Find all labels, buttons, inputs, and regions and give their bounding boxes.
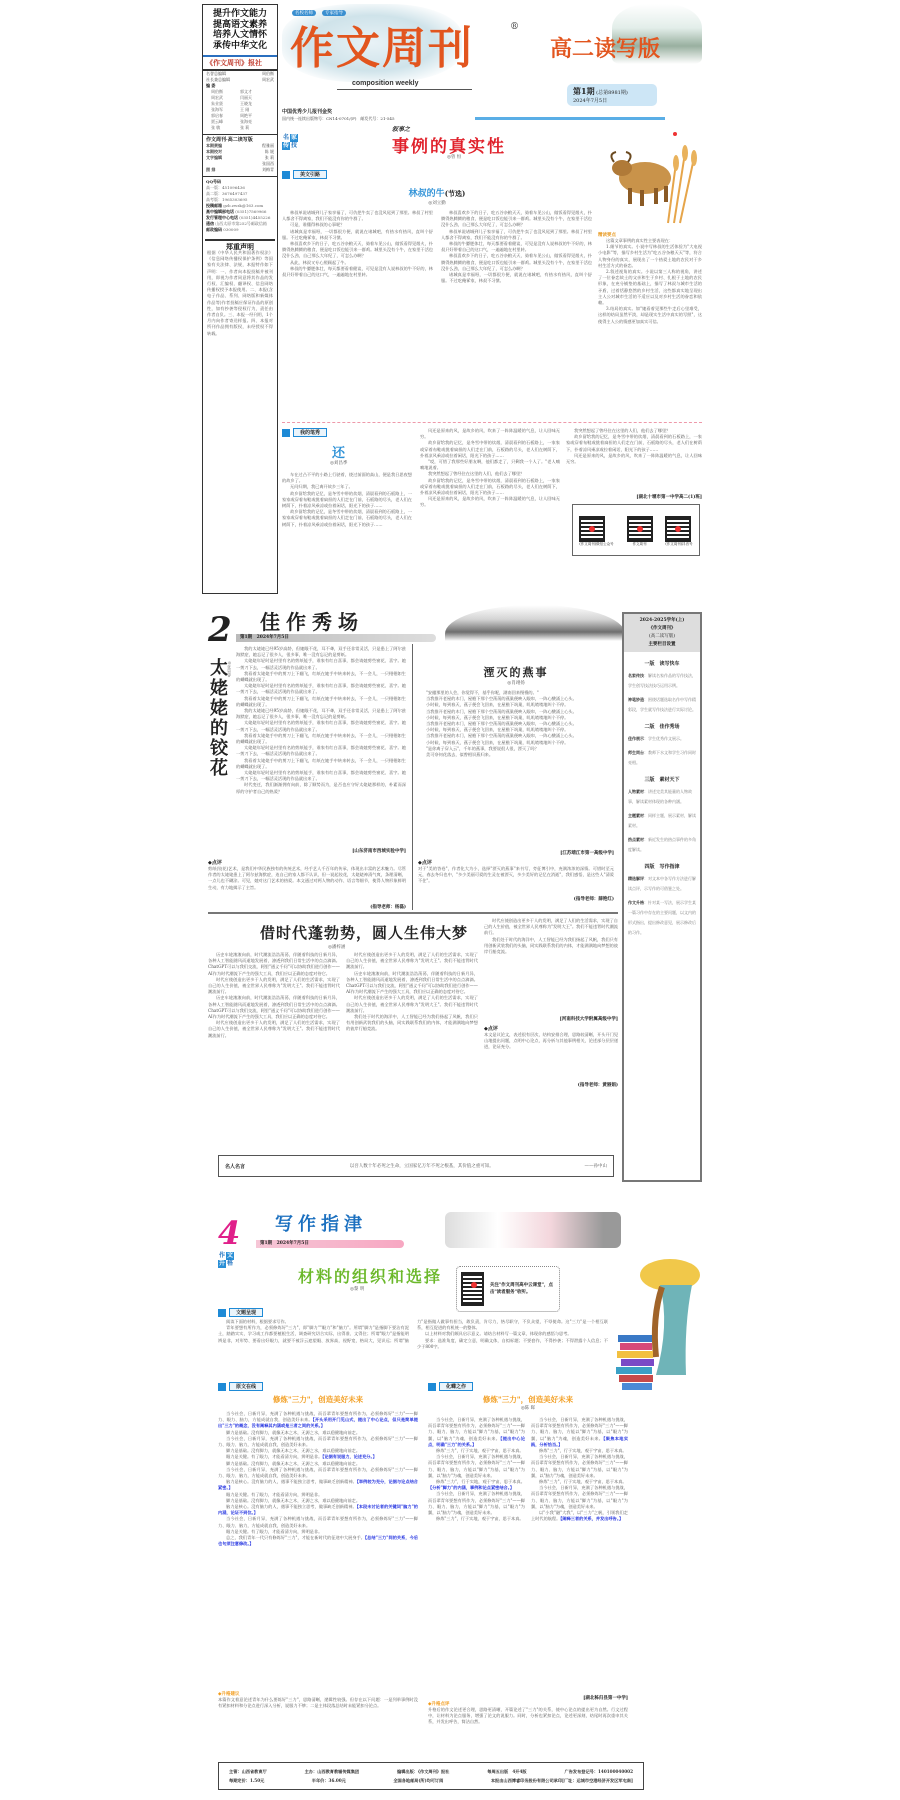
- issue-number: 第1期: [573, 86, 595, 96]
- square-icon: [218, 1309, 226, 1317]
- paragraph: 当今社会，日新月异，充满了各种机遇与挑战，而吾辈青年要想有所作为，必须修炼好"三…: [428, 1491, 525, 1516]
- qr-promo: 关注"作文周刊高中云课堂"，点击"读者服务"收听。: [456, 1266, 560, 1312]
- paragraph: 林叔喜欢乡下的日子，吃五谷杂粮天天，骑着车见公山，做饭看得见烟火，扑腾得热腾腾的…: [441, 253, 592, 272]
- author: ◎刘昌季: [330, 460, 347, 466]
- paragraph: 风还是原来的风，是故乡的风，吹来了一阵阵温暖的气息，让人回味无穷。: [420, 428, 560, 440]
- paragraph: 太姥姥年轻时是村里有名的剪纸能手，谁家有红白喜事，都会请她剪些窗花、喜字。她一剪…: [236, 745, 406, 757]
- slogans: 提升作文能力 提高语文素养 培养人文情怀 承传中华文化: [203, 5, 277, 57]
- essay-body: "安徽那里的人会，你觉得不，基乎你呢，湖南回来慢慢的。" 当我推开老屋的木门，屋…: [418, 690, 614, 850]
- article-1: 名家传技 叙事之 事例的真实性 ◎曾 恒 美文引路 林叔的牛(节选) ◎刘立勤 …: [282, 124, 592, 460]
- school: [河南科技大学附属高级中学]: [484, 1016, 618, 1022]
- column-item-title: 热点素材: [628, 837, 644, 842]
- column-item: 名家传技：解读名家作品的写作技法，学生创写技法技巧运用示例。: [624, 671, 700, 691]
- section-tag: 文题呈现: [218, 1308, 608, 1317]
- paragraph: 时代应使创造出更多于人的发明，满足了人们的生活需求，实现了自己的人生价值，被全世…: [208, 1020, 340, 1039]
- paragraph: 林叔单说诸城到儿子家享福了，可仇把牛卖了也没风尾到了那里。林叔了村里人都舍不得离…: [282, 210, 433, 222]
- section-badge: 名家传技: [282, 134, 298, 150]
- footer-line-2: 每期定价：1.50元 半年价：36.00元 全国各地邮局(所)均可订阅 本报由山…: [229, 1776, 633, 1785]
- page-title: 佳作秀场: [260, 606, 364, 635]
- paragraph: 当今社会，日新月异，充满了各种机遇与挑战，而吾辈青年要想有所作为，必须修炼好"三…: [531, 1485, 628, 1510]
- sidebar-brand: 《作文周刊》报社: [203, 57, 277, 71]
- section-badge: 作文升格: [218, 1252, 234, 1268]
- qr-text: 关注"作文周刊高中云课堂"，点击"读者服务"收听。: [490, 1282, 555, 1296]
- essay-title: 借时代蓬勃势，圆人生伟大梦: [260, 922, 468, 943]
- subtitle-note: (节选): [445, 189, 466, 198]
- subtitle-text: 林叔的牛: [409, 189, 445, 199]
- paragraph: 1.细节的真实。小说中写林叔的生活体验为"大电视小电影"等，描写乡村生活为"吃五…: [598, 244, 702, 269]
- divider: [475, 117, 665, 120]
- paragraph: 时代应使创造出更多于人的发明，满足了人们的生活需求，实现了自己的人生价值，被全世…: [208, 977, 340, 996]
- issue-date: 2024年7月5日: [573, 98, 607, 104]
- paragraph: 风还是原来的风，是故乡的风，吹来了一阵阵温暖的气息，让人回味无穷。: [420, 496, 560, 508]
- column-section-title: 三版 素材天下: [624, 776, 700, 783]
- edition-name: (高二读写版): [624, 633, 700, 641]
- column-item-title: 佳作展示: [628, 736, 644, 741]
- ox-illustration: [590, 128, 700, 228]
- column-item-title: 名家传技: [628, 673, 644, 678]
- paragraph: 要求：选准角度，确定立意，明确文体，自拟标题；不要套作，不得抄袭；不得泄露个人信…: [417, 1338, 608, 1350]
- footer-item: 主管：山西省教育厅: [229, 1767, 267, 1776]
- column-settings: 2024-2025学年(上) 《作文周刊》 (高二读写版) 主要栏目设置 一版 …: [622, 612, 702, 1182]
- badge-char: 家: [290, 134, 298, 142]
- school: [湖北十堰市第一中学高二(1)班]: [566, 494, 702, 500]
- sub-author: ◎刘立勤: [282, 200, 592, 206]
- notice-text: 根据《中华人民共和国著作权法》《信息网络传播权保护条例》等国家有关法律、法规，本…: [205, 250, 275, 500]
- tip-text: 升格后的作文论述更合理，思路更清晰，开篇论述了"三力"的关系，使中心论点的提出更…: [428, 1707, 628, 1761]
- section-label: 化蝶之作: [439, 1382, 473, 1391]
- article-2: 我的笔秀 还 ◎刘昌季 车在过凸不平的小路上行驶着，绕过前面的高山，便是我日思夜…: [282, 428, 702, 437]
- square-icon: [218, 1383, 226, 1391]
- quote-label: 名人名言: [225, 1163, 259, 1170]
- boat-plum-illustration: [445, 1212, 621, 1248]
- author: ◎肖翊扬: [418, 680, 614, 686]
- paragraph: 脑力是核心。没有脑力的人，遇事不能独立思考，做事缺乏创新精神。: [226, 1504, 357, 1509]
- slogan-line: 承传中华文化: [205, 41, 275, 52]
- column-item-title: 师生同台: [628, 750, 644, 755]
- qr-code-icon[interactable]: [461, 1272, 484, 1306]
- masthead-sidebar: 提升作文能力 提高语文素养 培养人文情怀 承传中华文化 《作文周刊》报社 名誉总…: [202, 4, 278, 594]
- column-item-title: 主题素材: [628, 813, 644, 818]
- footer-item: 每期定价：1.50元: [229, 1776, 264, 1785]
- teacher: (指导老师：黄丽娟): [484, 1082, 618, 1088]
- school: [江苏靖江市第一高级中学]: [418, 850, 614, 856]
- column-item: 师生同台：教师下水文和学生习作同时亮相。: [624, 748, 700, 768]
- paragraph: 风还是原来的风，是故乡的风，吹来了一阵阵温暖的气息，让人回味无穷。: [566, 453, 702, 465]
- tip-text: 本篇作文着意论述青年为什么要练好"三力"，思路清晰，逻辑性较强。但存在以下问题：…: [218, 1697, 418, 1759]
- paragraph: 故乡留给我的记忆，是冬雪中带的炊烟，清晨看到的石板路上，一家家或穿着布鞋或挑着扁…: [566, 434, 702, 453]
- contact-label: 发行管理中心电话: [206, 215, 238, 220]
- badge-char: 作: [218, 1252, 226, 1260]
- staff-role: 文字编辑: [206, 155, 222, 161]
- page-number: 2: [208, 610, 232, 650]
- paragraph: 太姥姥年轻时是村里有名的剪纸能手，谁家有红白喜事，都会请她剪些窗花、喜字。她一剪…: [236, 720, 406, 732]
- paragraph: 诸城真是幸福呀，一切都很方便，就说在诸城吧，有热水有热风，直叫个舒服。不过吃俺爹…: [441, 272, 592, 284]
- comment-text: 对于"美的答卷"，作者化大为小，选择"湮灭的燕事"来书写，旁征博引中，充满浓浓的…: [418, 866, 614, 896]
- paragraph: 历史车轮滚滚向前，时代潮流浩浩荡荡，伴随着科技的日新月异，各种人工智能随风而逝地…: [346, 971, 478, 996]
- ink-mountain-illustration: [445, 605, 625, 641]
- subtitle: 林叔的牛(节选): [282, 181, 592, 200]
- annotation: 【分析"脚力"的内涵，事例和论点紧密结合。】: [428, 1485, 514, 1490]
- contact-label: QQ号码: [206, 179, 221, 184]
- author: ◎黎 明: [350, 1286, 364, 1292]
- legal-notice: 郑重声明 根据《中华人民共和国著作权法》《信息网络传播权保护条例》等国家有关法律…: [205, 239, 275, 500]
- page-4: 4 写作指津 第1期 2024年7月5日 作文升格 材料的组织和选择 ◎黎 明 …: [200, 1200, 705, 1800]
- contact-value: 高二版：3676497437: [206, 191, 247, 196]
- badge-char: 升: [218, 1260, 226, 1268]
- article-body-col2: 风还是原来的风，是故乡的风，吹来了一阵阵温暖的气息，让人回味无穷。 故乡留给我的…: [420, 428, 560, 590]
- badge-char: 技: [290, 142, 298, 150]
- qr-label: (作文周刊)微信公众号: [579, 542, 613, 547]
- qr-code-icon[interactable]: [665, 516, 691, 542]
- annotation: 【论据有说服力，论述充分。】: [322, 1454, 376, 1459]
- section-tag: 原文在线: [218, 1382, 418, 1391]
- essay-title: 修炼"三力"，创造美好未来: [428, 1394, 628, 1405]
- comment-1: ◆点评 剪纸(铰花)艺术，是我们中华民族独有的传统艺术，经手艺人千百年的传承，体…: [208, 856, 406, 910]
- column-sections: 一版 读写快车名家传技：解读名家作品的写作技法，学生创写技法技巧运用示例。神笔妙…: [624, 660, 700, 938]
- paragraph: 林叔喜欢乡下的日子，吃五谷杂粮天天，骑着车见公山，做饭看得见烟火，扑腾得热腾腾的…: [282, 241, 433, 260]
- edition-name: 高二读写版: [550, 32, 660, 63]
- paragraph: 修炼"三力"，行于实地，观于宇宙，思于本真。: [428, 1516, 525, 1522]
- paragraph: 当今社会，日新月异，充满了各种机遇与挑战，而吾辈青年要想有所作为，必须修炼好"三…: [428, 1454, 525, 1479]
- author: ◎潘梓涵: [328, 944, 345, 950]
- section-tag: 美文引路: [282, 170, 592, 179]
- paragraph: 太姥姥年轻时是村里有名的剪纸能手，谁家有红白喜事，都会请她剪些窗花、喜字。她一剪…: [236, 658, 406, 670]
- divider: [337, 89, 472, 90]
- paragraph: 总之，我们青年一代只有修炼好"三力"，才能在新时代的征途中大展身手。: [226, 1535, 365, 1540]
- edition-staff: 本期责编程雅丽本期校对陈 媛文字编辑张 莉张国西照 排刘梅青: [203, 143, 277, 173]
- paragraph: 太姥姥年轻时是村里有名的剪纸能手，谁家有红白喜事，都会请她剪些窗花、喜字。她一剪…: [236, 770, 406, 782]
- contact-value: 山西太原市第252号邮政信箱: [215, 221, 267, 226]
- column-item: 精选解评：对文本中各写作方法进行解读点评，示写作的可借鉴之处。: [624, 874, 700, 894]
- editor-name: 张 敏: [211, 125, 240, 131]
- contact-label: 邮政编码: [206, 227, 222, 232]
- edition-label: 作文周刊·高二读写版: [203, 134, 277, 143]
- paragraph: 历史车轮滚滚向前，时代潮流浩浩荡荡，伴随着科技的日新月异，各种人工智能随风而逝地…: [208, 995, 340, 1020]
- column-item: 主题素材：同样主题，展示素材，解读素材。: [624, 811, 700, 831]
- paragraph: 林叔喜欢乡下的日子，吃五谷杂粮天天，骑着车见公山，做饭看得见烟火，扑腾得热腾腾的…: [441, 210, 592, 229]
- contact-value: 高考版：1965303695: [206, 197, 247, 202]
- contact-value: (0351)7569966: [235, 209, 266, 214]
- paragraph: 我们处于时代的海洋中，人工智能已经为我们扬起了风帆，我们只有用创新武装我们的头脑…: [346, 1014, 478, 1033]
- footer-item: 每周五出版 4开4版: [487, 1767, 526, 1776]
- contact-label: 高中编辑部电话: [206, 209, 234, 214]
- column-divider: [412, 644, 413, 910]
- girl-reading-illustration: [610, 1255, 700, 1400]
- commentary-body: 这篇文章事例的真实性主要表现在： 1.细节的真实。小说中写林叔的生活体验为"大电…: [598, 238, 702, 378]
- contact-label: 通信: [206, 221, 214, 226]
- qr-code-box: (作文周刊)微信公众号 作文周刊 (作文周刊)抖音号: [572, 504, 700, 556]
- qr-label: 作文周刊: [627, 542, 653, 547]
- page-number: 4: [218, 1214, 240, 1252]
- badge-char: 传: [282, 142, 290, 150]
- paragraph: 诸城真是幸福呀，一切都很方便，就说在诸城吧，有热水有热风，直叫个舒服。不过吃俺爹…: [282, 229, 433, 241]
- paragraph: "哎，可惜了我那些好朋友啊，他们都走了，只剩我一个人了。"老人喃喃地说着。: [420, 459, 560, 471]
- famous-quote: 名人名言 以吾人数十年必死之生命，立国家亿万年不死之根基，其价值之重可知。 ——…: [218, 1155, 614, 1177]
- paragraph: 车在过凸不平的小路上行驶着，绕过前面的高山，便是我日思夜想的故乡了。: [282, 472, 412, 484]
- paragraph: 脑力是核心。没有脑力的人，遇事不能独立思考，做事缺乏创新精神。: [226, 1479, 357, 1484]
- settings-heading: 主要栏目设置: [624, 641, 700, 649]
- article-title: 还: [332, 442, 345, 461]
- commentary: 精读要点 这篇文章事例的真实性主要表现在： 1.细节的真实。小说中写林叔的生活体…: [598, 232, 702, 378]
- column-item: 热点素材：新近发生的热点事件的多角度解读。: [624, 835, 700, 855]
- edition-staff-row: 照 排刘梅青: [203, 167, 277, 173]
- footer-item: 编辑出版：《作文周刊》报社: [397, 1767, 449, 1776]
- column-item-desc: ：针对某一写法，展示学生某一篇习作中存在的主要问题，以文内的形式指出，提出修改意…: [628, 900, 696, 935]
- author: ◎张昊睿: [226, 660, 232, 677]
- paragraph: 当今社会，日新月异，充满了各种机遇与挑战，而吾辈青年要想有所作为，必须修炼好"三…: [531, 1454, 628, 1479]
- footer-item: 广告发布登记号：140100040002: [565, 1767, 633, 1776]
- editors-list: 周伯衡郭文才周宏武闫丽天朱业贤王晓龙张海军王 刚郭启春周艳平贾云峰张海亮张 敏张…: [203, 89, 277, 131]
- staff-name: 周宏武: [262, 77, 274, 83]
- page-2: 2 佳作秀场 第1期 2024年7月5日 太姥姥的铰花 ◎张昊睿 我的太姥姥已经…: [200, 600, 705, 1190]
- divider: [208, 912, 618, 914]
- contacts: QQ号码 高一版：451096436 高二版：3676497437 高考版：19…: [203, 176, 277, 233]
- essay-body-col2: 时代应使创造出更多于人的发明，满足了人们的生活需求，实现了自己的人生价值，被全世…: [346, 952, 478, 1142]
- paragraph: 我们处于时代的海洋中，人工智能已经为我们扬起了风帆，我们只有用创新武装我们的头脑…: [484, 937, 618, 956]
- paragraph: 我的太姥姥已经95岁高龄，但她眼不花，耳不聋，双手还非常灵活，只是患上了阿尔兹海…: [236, 708, 406, 720]
- issue-bar: 第1期 2024年7月5日: [256, 1240, 404, 1248]
- quote-text: 以吾人数十年必死之生命，立国家亿万年不死之根基，其价值之重可知。: [267, 1163, 577, 1169]
- paragraph: 林叔单说诸城到儿子家享福了，可仇把牛卖了也没风尾到了那里。林叔了村里人都舍不得离…: [441, 229, 592, 241]
- qr-item: (作文周刊)抖音号: [665, 516, 692, 547]
- newspaper-subtitle: composition weekly: [352, 80, 419, 87]
- issue-box: 第1期 (总第8981期) 2024年7月5日: [567, 84, 657, 106]
- column-item: 人物素材：讲述完美其能量的人物故事，解读素材体现的各种内涵。: [624, 787, 700, 807]
- paper-name: 《作文周刊》: [624, 625, 700, 633]
- paragraph: 太姥姥年轻时是村里有名的剪纸能手，谁家有红白喜事，都会请她剪些窗花、喜字。她一剪…: [236, 683, 406, 695]
- column-settings-header: 2024-2025学年(上) 《作文周刊》 (高二读写版) 主要栏目设置: [624, 614, 700, 652]
- footer-item: 全国各地邮局(所)均可订阅: [393, 1776, 443, 1785]
- registered-mark: ®: [510, 22, 519, 32]
- author: ◎陈 晖: [428, 1405, 628, 1411]
- column-section-title: 四版 写作指津: [624, 863, 700, 870]
- essay-body: 我的太姥姥已经95岁高龄，但她眼不花，耳不聋，双手还非常灵活，只是患上了阿尔兹海…: [236, 646, 406, 846]
- square-icon: [282, 171, 290, 179]
- article-title: 材料的组织和选择: [298, 1264, 442, 1287]
- paragraph: 2.叙述视角的真实。小说以第三人称的视角，讲述了一位眷恋故土的父亲和生于乡村、扎…: [598, 269, 702, 306]
- annotation: 【阐释三者的关系，并发出呼告。】: [560, 1516, 623, 1521]
- qr-item: (作文周刊)微信公众号: [579, 516, 613, 547]
- paragraph: 时代应使创造出更多于人的发明，满足了人们的生活需求，实现了自己的人生价值，被全世…: [346, 995, 478, 1014]
- section-label: 美文引路: [293, 170, 327, 179]
- comment-label: ◆点评: [418, 859, 614, 866]
- essay-body: 当今社会，日新月异，充满了各种机遇与挑战，而吾辈青年要想有所作为，必须修炼好"三…: [218, 1411, 418, 1691]
- paragraph: 时代应使创造出更多于人的发明，满足了人们的生活需求，实现了自己的人生价值，被全世…: [346, 952, 478, 971]
- page-title: 写作指津: [275, 1210, 367, 1236]
- column-item: 神笔妙造：围绕话题选取名作中写作精彩段，学生就写作技法进行实际讨论。: [624, 695, 700, 715]
- paragraph: 林叔的牛膘肥体壮，每天都要看着健谈，可见是没有人说林叔的牛不好的，林叔只好带着自…: [282, 266, 433, 278]
- footer-line-1: 主管：山西省教育厅 主办：山西教育教辅传媒集团 编辑出版：《作文周刊》报社 每周…: [229, 1767, 633, 1776]
- essay-body-col3: 时代应使创造出更多于人的发明，满足了人们的生活需求，实现了自己的人生价值，被全世…: [484, 918, 618, 1088]
- school-year: 2024-2025学年(上): [624, 617, 700, 625]
- prompt-section: 文题呈现 阅读下面的材料，根据要求写作。 青年要想有所作为，必须修炼好"三力"，…: [218, 1308, 608, 1371]
- badge-char: 文: [226, 1252, 234, 1260]
- section-tag: 化蝶之作: [428, 1382, 628, 1391]
- staff-role: 照 排: [206, 167, 215, 173]
- essay-title: 湮灭的燕事: [418, 664, 614, 680]
- contact-item: 邮政编码 030009: [203, 227, 277, 233]
- column-item: 佳作展示：学生优秀作文展示。: [624, 734, 700, 744]
- contact-value: 030009: [223, 227, 238, 232]
- column-item-title: 作文升格: [628, 900, 644, 905]
- column-item-title: 精选解评: [628, 876, 644, 881]
- paragraph: 我看着太姥姥手中的剪刀上下翻飞，红纸在她手中转来转去，不一会儿，一只栩栩如生的蝴…: [236, 696, 406, 708]
- article-body-col1: 车在过凸不平的小路上行驶着，绕过前面的高山，便是我日思夜想的故乡了。 无问归期，…: [282, 472, 412, 590]
- column-item-title: 人物素材: [628, 789, 644, 794]
- column-section-title: 一版 读写快车: [624, 660, 700, 667]
- original-essay: 原文在线 修炼"三力"，创造美好未来 当今社会，日新月异，充满了各种机遇与挑战，…: [218, 1382, 418, 1759]
- column-item-title: 神笔妙造: [628, 697, 644, 702]
- qr-code-icon[interactable]: [579, 516, 605, 542]
- newspaper-title: 作文周刊: [290, 12, 474, 76]
- section-label: 原文在线: [229, 1382, 263, 1391]
- paragraph: 我的太姥姥已经95岁高龄，但她眼不花，耳不聋，双手还非常灵活，只是患上了阿尔兹海…: [236, 646, 406, 658]
- paragraph: 故乡留给我的记忆，是冬雪中带的炊烟，清晨看到的石板路上，一家家或穿着布鞋或挑着扁…: [282, 491, 412, 510]
- column-item: 作文升格：针对某一写法，展示学生某一篇习作中存在的主要问题，以文内的形式指出，提…: [624, 898, 700, 938]
- square-icon: [282, 429, 290, 437]
- contact-label: 投稿邮箱: [206, 203, 222, 208]
- qr-item: 作文周刊: [627, 516, 653, 547]
- footer-item: 半年价：36.00元: [312, 1776, 346, 1785]
- column-item-desc: ：学生优秀作文展示。: [644, 736, 684, 741]
- square-icon: [428, 1383, 436, 1391]
- editor-name: 张 莉: [240, 125, 269, 131]
- school: [山东济南市西城实验中学]: [236, 848, 406, 854]
- paragraph: 时代应使创造出更多于人的发明，满足了人们的生活需求，实现了自己的人生价值，被全世…: [484, 918, 618, 937]
- paragraph: 历史车轮滚滚向前，时代潮流浩浩荡荡，伴随着科技的日新月异，各种人工智能随风而逝地…: [208, 952, 340, 977]
- comment-text: 剪纸(铰花)艺术，是我们中华民族独有的传统艺术，经手艺人千百年的传承，体现出丰富…: [208, 866, 406, 904]
- slogan-line: 提升作文能力: [205, 9, 275, 20]
- paragraph: 当今社会，日新月异，充满了各种机遇与挑战，而吾辈青年要想有所作为，必须修炼好"三…: [218, 1436, 418, 1448]
- column-section-title: 二版 佳作秀场: [624, 723, 700, 730]
- paragraph: 我看着太姥姥手中的剪刀上下翻飞，红纸在她手中转来转去，不一会儿，一只栩栩如生的蝴…: [236, 733, 406, 745]
- comment-text: 本文是议论文，表述很有层次，结构安排合理，思路较清晰，开头开门见山地提出问题，点…: [484, 1032, 618, 1082]
- divider: [282, 422, 702, 423]
- essay-body-col3-text: 时代应使创造出更多于人的发明，满足了人们的生活需求，实现了自己的人生价值，被全世…: [484, 918, 618, 1016]
- essay-body: 当今社会，日新月异，充满了各种机遇与挑战，而吾辈青年要想有所作为，必须修炼好"三…: [428, 1417, 628, 1695]
- footer-item: 本报由山西博睿印务股份有限公司承印[厂址：运城市空港经济开发区军屯南]: [491, 1776, 633, 1785]
- revised-essay: 化蝶之作 修炼"三力"，创造美好未来 ◎陈 晖 当今社会，日新月异，充满了各种机…: [428, 1382, 628, 1761]
- paragraph: 美可奈何花落去，似曾相识燕归来。: [418, 752, 614, 758]
- essay-2: 湮灭的燕事 ◎肖翊扬 "安徽那里的人会，你觉得不，基乎你呢，湖南回来慢慢的。" …: [418, 646, 614, 902]
- section-label: 文题呈现: [229, 1308, 263, 1317]
- paragraph: 时代变迁，我们渐渐拥有向前，除了顺势而为，是否也应守好太姥姥那样的，朴素而深厚的…: [236, 782, 406, 794]
- paragraph: 故乡留给我的记忆，是冬雪中带的炊烟，清晨看到的石板路上，一家家或穿着布鞋或挑着扁…: [420, 440, 560, 459]
- teacher: (指导老师：杨磊): [208, 904, 406, 910]
- author: ◎曾 恒: [447, 154, 461, 160]
- comment-label: ◆点评: [208, 859, 406, 866]
- paragraph: 故乡留给我的记忆，是冬雪中带的炊烟，清晨看到的石板路上，一家家或穿着布鞋或挑着扁…: [420, 478, 560, 497]
- qr-label: (作文周刊)抖音号: [665, 542, 692, 547]
- essay-body-col1: 历史车轮滚滚向前，时代潮流浩浩荡荡，伴随着科技的日新月异，各种人工智能随风而逝地…: [208, 952, 340, 1142]
- quote-source: ——孙中山: [585, 1163, 608, 1169]
- comment-label: ◆点评: [484, 1025, 618, 1032]
- paragraph: 3.结局的真实。如"她看着见那些牛走后心里难受，这样的结局虽然平淡，却是现实生活…: [598, 306, 702, 325]
- paragraph: 我看着太姥姥手中的剪刀上下翻飞，红纸在她手中转来转去，不一会儿，一只栩栩如生的蝴…: [236, 671, 406, 683]
- badge-char: 格: [226, 1260, 234, 1268]
- contact-value: 高一版：451096436: [206, 185, 245, 190]
- paragraph: 修炼"三力"，行于实地，观于宇宙，思于本真。: [436, 1479, 525, 1484]
- paragraph: 我看着太姥姥手中的剪刀上下翻飞，红纸在她手中转来转去，不一会儿，一只栩栩如生的蝴…: [236, 758, 406, 770]
- slogan-line: 培养人文情怀: [205, 30, 275, 41]
- registration: 国内统一连续出版物号：CN14-0701/(F) 邮发代号：21-545: [282, 116, 395, 122]
- essay-title: 修炼"三力"，创造美好未来: [218, 1394, 418, 1405]
- badge-char: 名: [282, 134, 290, 142]
- section-label: 我的笔秀: [293, 428, 327, 437]
- paragraph: 眼力是关键。有了眼力，才能看清方向，辨明是非。: [226, 1454, 322, 1459]
- paragraph: 故乡留给我的记忆，是冬雪中带的炊烟，清晨看到的石板路上，一家家或穿着布鞋或挑着扁…: [282, 509, 412, 528]
- award: 中国优秀少儿报刊金奖: [282, 108, 332, 115]
- paragraph: 当今社会，日新月异，充满了各种机遇与挑战，而吾辈青年要想有所作为，必须修炼好"三…: [218, 1516, 418, 1528]
- paragraph: 当今社会，日新月异，充满了各种机遇与挑战，而吾辈青年要想有所作为，必须修炼好"三…: [218, 1467, 418, 1479]
- staff-name: 刘梅青: [262, 167, 274, 173]
- prompt-body: 阅读下面的材料，根据要求写作。 青年要想有所作为，必须修炼好"三力"，即"脚力"…: [218, 1319, 608, 1371]
- teacher: (指导老师：薛艳红): [418, 896, 614, 902]
- paragraph: 林叔的牛膘肥体壮，每天都要看着健谈，可见是没有人说林叔的牛不好的，林叔只好带着自…: [441, 241, 592, 253]
- page-1: 提升作文能力 提高语文素养 培养人文情怀 承传中华文化 《作文周刊》报社 名誉总…: [200, 0, 705, 600]
- qr-code-icon[interactable]: [627, 516, 653, 542]
- footer-item: 主办：山西教育教辅传媒集团: [305, 1767, 359, 1776]
- issue-bar: 第1期 2024年7月5日: [236, 634, 436, 642]
- issue-total: (总第8981期): [596, 90, 628, 96]
- article-body-col3: 我突然想起了曾经住在这里的人们，他们去了哪里？ 故乡留给我的记忆，是冬雪中带的炊…: [566, 428, 702, 492]
- slogan-line: 提高语文素养: [205, 20, 275, 31]
- contact-value: (0351)4455226: [239, 215, 270, 220]
- footer-imprint: 主管：山西省教育厅 主办：山西教育教辅传媒集团 编辑出版：《作文周刊》报社 每周…: [218, 1762, 644, 1790]
- contact-value: gzb.zwzk@163.com: [223, 203, 263, 208]
